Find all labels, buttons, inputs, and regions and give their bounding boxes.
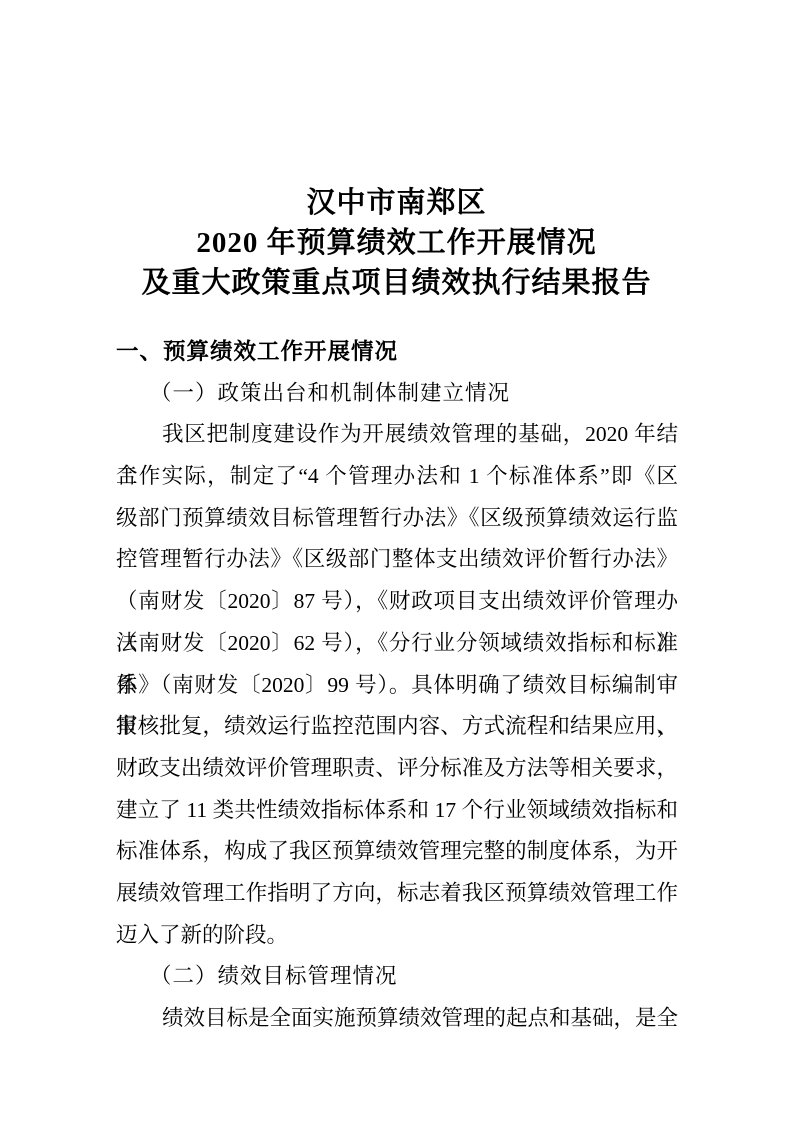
body-line: 审核批复，绩效运行监控范围内容、方式流程和结果应用，	[116, 706, 678, 748]
title-line-1: 汉中市南郑区	[0, 183, 793, 223]
title-line-2: 2020 年预算绩效工作开展情况	[0, 223, 793, 263]
body-line: 标准体系，构成了我区预算绩效管理完整的制度体系，为开	[116, 831, 678, 873]
body-line: 级部门预算绩效目标管理暂行办法》《区级预算绩效运行监	[116, 498, 678, 540]
body-line: 财政支出绩效评价管理职责、评分标准及方法等相关要求，	[116, 748, 678, 790]
section-heading-1: 一、预算绩效工作开展情况	[116, 331, 678, 373]
document-title: 汉中市南郑区 2020 年预算绩效工作开展情况 及重大政策重点项目绩效执行结果报…	[0, 183, 793, 303]
subsection-heading-1-1: （一）政策出台和机制体制建立情况	[116, 373, 678, 415]
body-line: 我区把制度建设作为开展绩效管理的基础，2020 年结合	[116, 414, 678, 456]
body-line: 控管理暂行办法》《区级部门整体支出绩效评价暂行办法》	[116, 539, 678, 581]
body-line: （南财发〔2020〕87 号），《财政项目支出绩效评价管理办法》	[116, 581, 678, 623]
body-line: 工作实际，制定了“4 个管理办法和 1 个标准体系”即《区	[116, 456, 678, 498]
body-line: 迈入了新的阶段。	[116, 915, 678, 957]
body-line: （南财发〔2020〕62 号），《分行业分领域绩效指标和标准体	[116, 623, 678, 665]
body-line: 绩效目标是全面实施预算绩效管理的起点和基础，是全	[116, 998, 678, 1040]
document-body: 一、预算绩效工作开展情况 （一）政策出台和机制体制建立情况 我区把制度建设作为开…	[116, 331, 678, 1040]
subsection-heading-1-2: （二）绩效目标管理情况	[116, 956, 678, 998]
body-line: 展绩效管理工作指明了方向，标志着我区预算绩效管理工作	[116, 873, 678, 915]
body-line: 系》（南财发〔2020〕99 号）。具体明确了绩效目标编制审报、	[116, 665, 678, 707]
title-line-3: 及重大政策重点项目绩效执行结果报告	[0, 263, 793, 303]
body-line: 建立了 11 类共性绩效指标体系和 17 个行业领域绩效指标和	[116, 790, 678, 832]
document-page: 汉中市南郑区 2020 年预算绩效工作开展情况 及重大政策重点项目绩效执行结果报…	[0, 0, 793, 1122]
